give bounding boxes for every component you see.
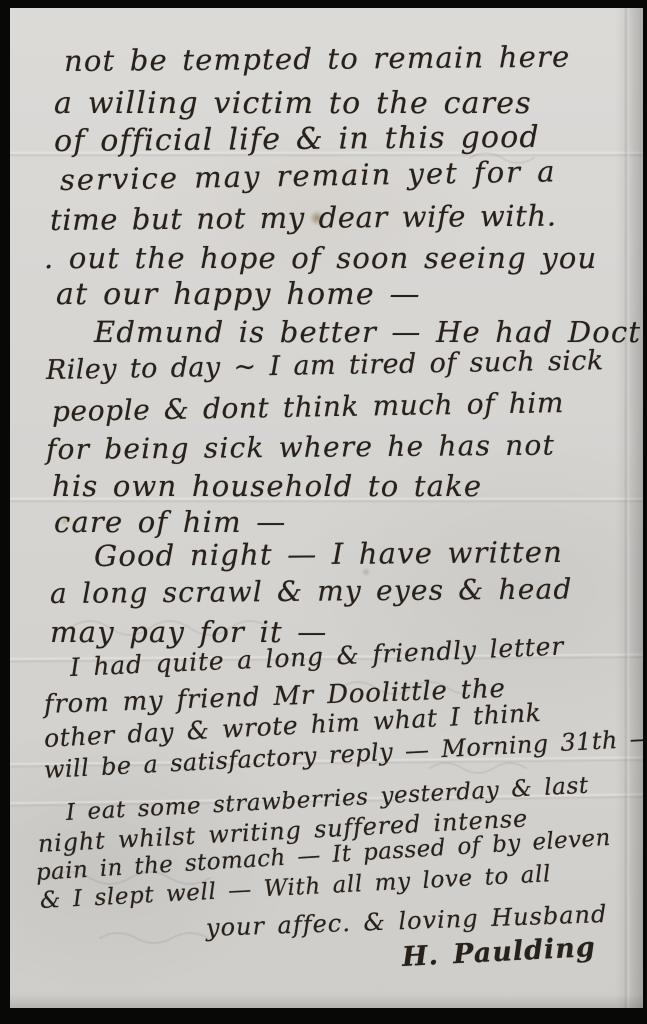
- letter-line: a long scrawl & my eyes & head: [50, 572, 573, 610]
- letter-line: people & dont think much of him: [52, 386, 565, 428]
- paper-edge-shadow: [10, 994, 643, 1008]
- letter-line: care of him —: [54, 505, 286, 539]
- letter-line: Riley to day ~ I am tired of such sick: [46, 345, 604, 386]
- paper-edge-shadow: [615, 8, 643, 1008]
- fold-crease-vertical: [625, 8, 629, 1008]
- letter-line: his own household to take: [52, 469, 482, 503]
- letter-line: for being sick where he has not: [46, 429, 555, 466]
- letter-line: at our happy home —: [56, 277, 421, 312]
- letter-line: service may remain yet for a: [60, 154, 557, 197]
- letter-line: of official life & in this good: [54, 120, 540, 159]
- letter-line: not be tempted to remain here: [64, 40, 571, 78]
- scanned-letter-page: not be tempted to remain here a willing …: [0, 0, 647, 1024]
- signature-line: H. Paulding: [401, 932, 596, 973]
- letter-paper: not be tempted to remain here a willing …: [10, 8, 643, 1008]
- letter-line: time but not my dear wife with.: [50, 199, 557, 237]
- letter-line: Good night — I have written: [94, 535, 563, 573]
- letter-line: . out the hope of soon seeing you: [44, 241, 597, 275]
- letter-line: Edmund is better — He had Doct.: [94, 315, 643, 349]
- letter-line: a willing victim to the cares: [54, 86, 532, 121]
